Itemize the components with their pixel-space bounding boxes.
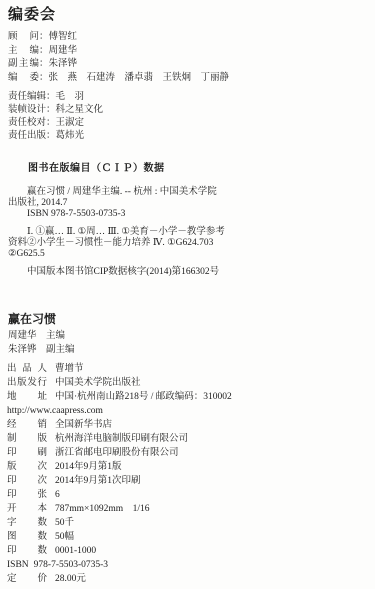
colophon-row: 印数0001-1000 (7, 544, 232, 558)
editorial-board-rows: 顾问：傅智红 主编：周建华 副主编：朱泽铧 编委：张 燕 石建涛 潘卓翡 王铁炯… (8, 31, 229, 85)
deputy-editor-line: 朱泽铧 副主编 (8, 343, 75, 357)
staff-row: 责任出版：葛炜光 (8, 130, 229, 143)
row-label: 副主编 (8, 58, 39, 72)
row-label: 图数 (7, 530, 47, 544)
row-value: 2014年9月第1次印刷 (55, 476, 141, 486)
colophon-row: 定价28.00元 (7, 572, 232, 586)
colophon-row: 出品人曹增节 (7, 362, 232, 376)
row-label: 经销 (7, 418, 47, 432)
editorial-board-section: 编委会 顾问：傅智红 主编：周建华 副主编：朱泽铧 编委：张 燕 石建涛 潘卓翡… (8, 6, 229, 143)
row-label: 定价 (7, 572, 47, 586)
row-value: 浙江省邮电印刷股份有限公司 (55, 448, 179, 458)
row-value: 28.00元 (55, 574, 86, 584)
row-colon: ： (39, 32, 49, 42)
row-value: 978-7-5503-0735-3 (34, 560, 108, 570)
row-value: 傅智红 (49, 32, 78, 42)
cip-line: ISBN 978-7-5503-0735-3 (8, 209, 308, 220)
cip-line (8, 220, 308, 227)
row-value: 张 燕 石建涛 潘卓翡 王铁炯 丁丽静 (49, 73, 230, 83)
row-label: 责任编辑 (8, 92, 46, 102)
row-value: 周建华 (49, 46, 78, 56)
row-label: 编委 (8, 72, 39, 86)
row-value: 王淑定 (56, 118, 85, 128)
row-value: 朱泽铧 (49, 59, 78, 69)
colophon-row: 制版杭州海洋电脑制版印刷有限公司 (7, 432, 232, 446)
row-colon: ： (39, 73, 49, 83)
colophon-row: 开本787mm×1092mm 1/16 (7, 502, 232, 516)
row-label: 出版发行 (7, 376, 47, 390)
cip-line: ②G625.5 (8, 249, 308, 260)
colophon-row: 经销全国新华书店 (7, 418, 232, 432)
editorial-board-row: 顾问：傅智红 (8, 31, 229, 45)
row-label: 印次 (7, 474, 47, 488)
row-value: 曹增节 (55, 364, 84, 374)
row-colon: ： (46, 118, 56, 128)
row-value: 2014年9月第1版 (55, 462, 122, 472)
cip-line: 出版社, 2014.7 (8, 198, 308, 209)
colophon-row: 字数50千 (7, 516, 232, 530)
row-label: 出品人 (7, 362, 47, 376)
staff-row: 责任校对：王淑定 (8, 117, 229, 130)
colophon-row: ISBN978-7-5503-0735-3 (7, 558, 232, 572)
cip-line: Ⅰ. ①赢… Ⅱ. ①周… Ⅲ. ①美育－小学－教学参考 (8, 227, 308, 238)
cip-line: 资料②小学生－习惯性－能力培养 Ⅳ. ①G624.703 (8, 238, 308, 249)
row-colon: ： (46, 131, 56, 141)
colophon-row: 出版发行中国美术学院出版社 (7, 376, 232, 390)
cip-line (8, 260, 308, 267)
colophon-row: http://www.caapress.com (7, 404, 232, 418)
row-label: ISBN (7, 558, 29, 572)
row-value: 毛 羽 (56, 92, 85, 102)
cip-line: 中国版本图书馆CIP数据核字(2014)第166302号 (8, 267, 308, 278)
cip-heading: 图书在版编目（ＣＩＰ）数据 (28, 163, 308, 175)
colophon-row: 版次2014年9月第1版 (7, 460, 232, 474)
row-label: 主编 (8, 45, 39, 59)
colophon-section: 出品人曹增节 出版发行中国美术学院出版社 地址中国·杭州南山路218号 / 邮政… (7, 362, 232, 586)
colophon-row: 地址中国·杭州南山路218号 / 邮政编码：310002 (7, 390, 232, 404)
row-value: 6 (55, 490, 60, 500)
editorial-board-heading: 编委会 (8, 6, 229, 24)
row-value: 中国·杭州南山路218号 / 邮政编码：310002 (55, 392, 232, 402)
row-value: 787mm×1092mm 1/16 (55, 504, 150, 514)
row-value: 50幅 (55, 532, 74, 542)
row-value: http://www.caapress.com (7, 406, 103, 416)
staff-row: 责任编辑：毛 羽 (8, 91, 229, 104)
row-colon: ： (46, 92, 56, 102)
row-label: 责任校对 (8, 118, 46, 128)
row-value: 杭州海洋电脑制版印刷有限公司 (55, 434, 188, 444)
title-block: 赢在习惯 周建华 主编 朱泽铧 副主编 (8, 312, 75, 357)
editorial-board-row: 副主编：朱泽铧 (8, 58, 229, 72)
row-value: 葛炜光 (56, 131, 85, 141)
editorial-board-row: 主编：周建华 (8, 45, 229, 59)
colophon-row: 印张6 (7, 488, 232, 502)
row-value: 中国美术学院出版社 (55, 378, 141, 388)
row-label: 装帧设计 (8, 105, 46, 115)
staff-row: 装帧设计：科之星文化 (8, 104, 229, 117)
row-value: 0001-1000 (55, 546, 96, 556)
row-label: 版次 (7, 460, 47, 474)
colophon-row: 印刷浙江省邮电印刷股份有限公司 (7, 446, 232, 460)
row-value: 50千 (55, 518, 74, 528)
editorial-board-row: 编委：张 燕 石建涛 潘卓翡 王铁炯 丁丽静 (8, 72, 229, 86)
book-title: 赢在习惯 (8, 312, 75, 326)
row-label: 印数 (7, 544, 47, 558)
row-colon: ： (46, 105, 56, 115)
colophon-row: 图数50幅 (7, 530, 232, 544)
chief-editor-line: 周建华 主编 (8, 329, 75, 343)
row-label: 印张 (7, 488, 47, 502)
row-value: 科之星文化 (56, 105, 104, 115)
row-value: 全国新华书店 (55, 420, 112, 430)
row-label: 制版 (7, 432, 47, 446)
row-label: 责任出版 (8, 131, 46, 141)
row-label: 印刷 (7, 446, 47, 460)
row-colon: ： (39, 46, 49, 56)
row-label: 顾问 (8, 31, 39, 45)
row-colon: ： (39, 59, 49, 69)
staff-rows: 责任编辑：毛 羽 装帧设计：科之星文化 责任校对：王淑定 责任出版：葛炜光 (8, 91, 229, 143)
cip-section: 图书在版编目（ＣＩＰ）数据 赢在习惯 / 周建华主编. -- 杭州 : 中国美术… (8, 163, 308, 278)
cip-lines: 赢在习惯 / 周建华主编. -- 杭州 : 中国美术学院 出版社, 2014.7… (8, 187, 308, 278)
colophon-row: 印次2014年9月第1次印刷 (7, 474, 232, 488)
row-label: 开本 (7, 502, 47, 516)
cip-line: 赢在习惯 / 周建华主编. -- 杭州 : 中国美术学院 (8, 187, 308, 198)
row-label: 地址 (7, 390, 47, 404)
row-label: 字数 (7, 516, 47, 530)
